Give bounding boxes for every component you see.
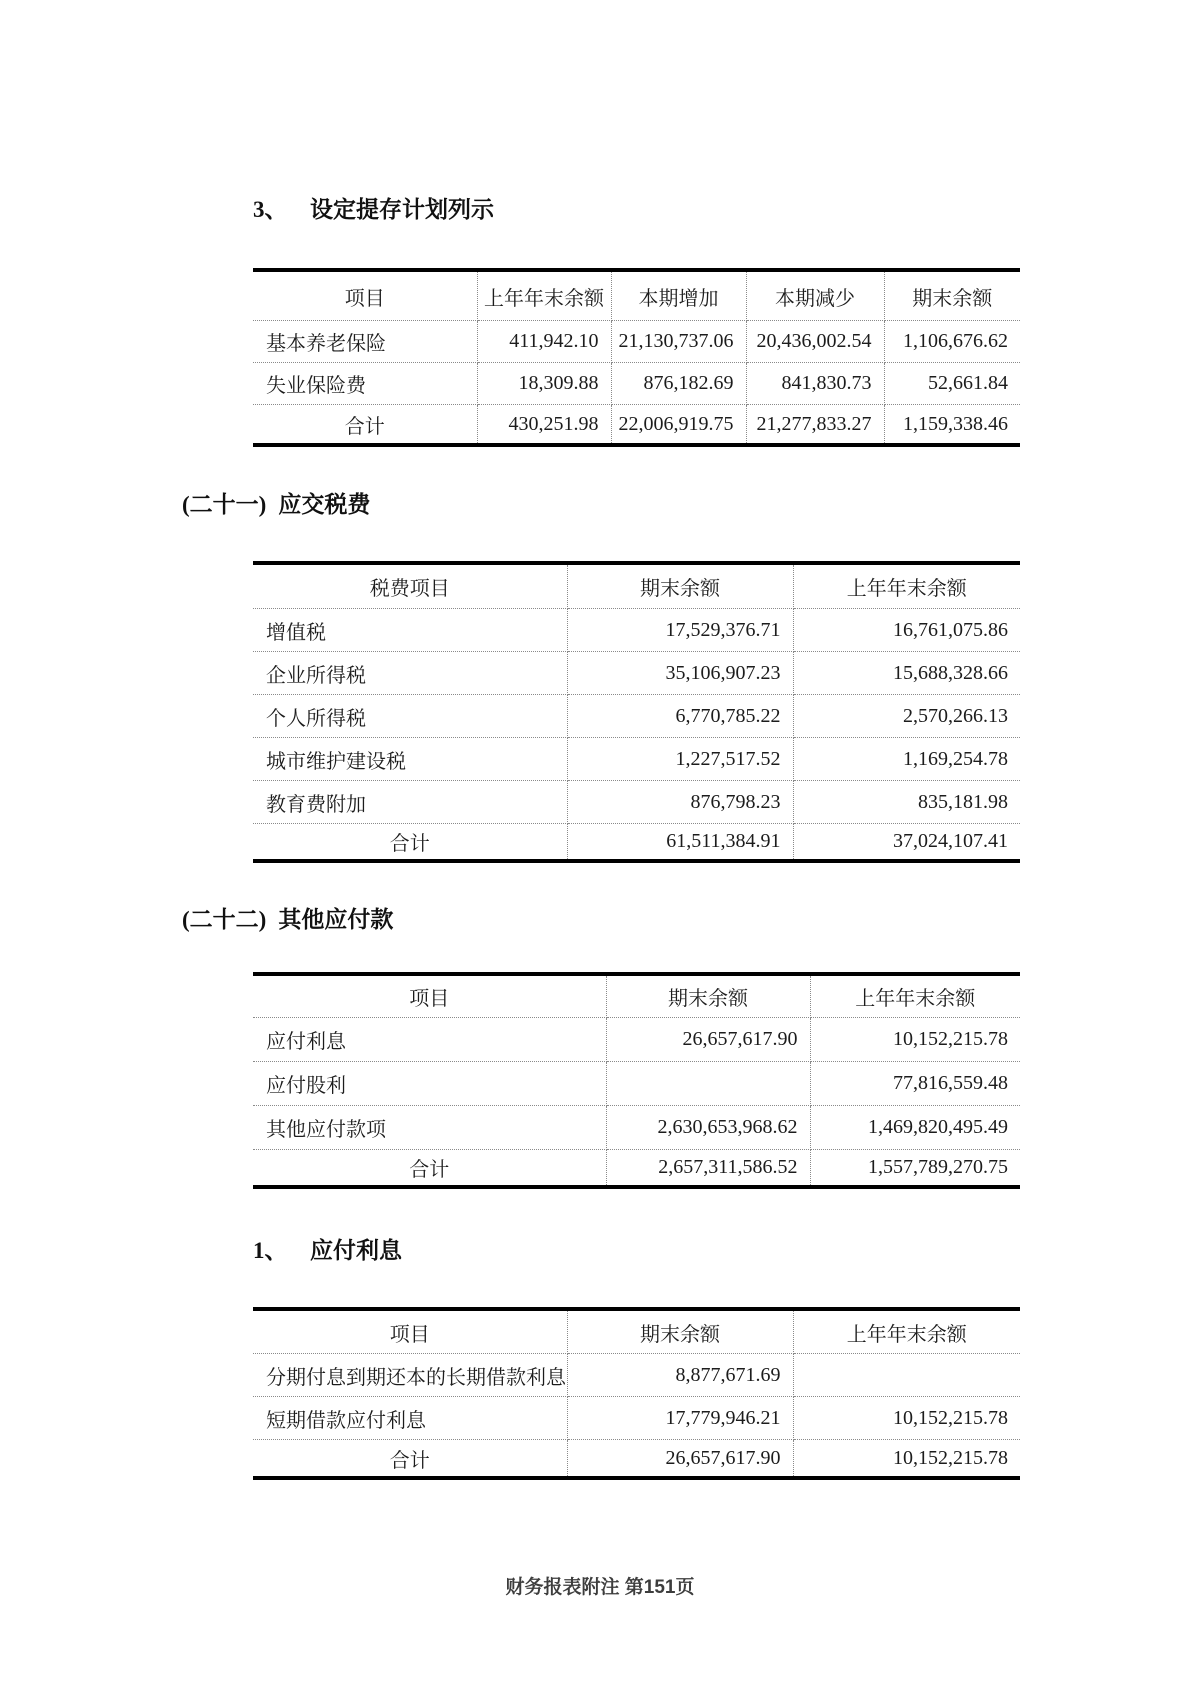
table-row: 短期借款应付利息 17,779,946.21 10,152,215.78 bbox=[253, 1397, 1020, 1440]
table-row: 应付利息 26,657,617.90 10,152,215.78 bbox=[253, 1018, 1020, 1062]
row-label: 企业所得税 bbox=[253, 652, 567, 695]
cell-value: 21,130,737.06 bbox=[611, 321, 746, 363]
cell-value: 10,152,215.78 bbox=[793, 1440, 1020, 1479]
column-header: 税费项目 bbox=[253, 563, 567, 609]
heading-title: 设定提存计划列示 bbox=[310, 197, 494, 222]
heading-number: 3、 bbox=[253, 195, 310, 225]
column-header: 期末余额 bbox=[606, 974, 810, 1018]
cell-value: 37,024,107.41 bbox=[793, 824, 1020, 862]
cell-value: 2,630,653,968.62 bbox=[606, 1106, 810, 1150]
row-label: 城市维护建设税 bbox=[253, 738, 567, 781]
column-header: 本期减少 bbox=[746, 270, 884, 321]
cell-value: 16,761,075.86 bbox=[793, 609, 1020, 652]
cell-value: 6,770,785.22 bbox=[567, 695, 793, 738]
column-header: 期末余额 bbox=[567, 563, 793, 609]
table-row: 企业所得税 35,106,907.23 15,688,328.66 bbox=[253, 652, 1020, 695]
cell-value: 876,182.69 bbox=[611, 363, 746, 405]
financial-notes-page: 3、设定提存计划列示 项目 上年年末余额 本期增加 本期减少 期末余额 基本养老… bbox=[0, 0, 1200, 1696]
heading-title: 其他应付款 bbox=[278, 907, 393, 932]
row-label: 失业保险费 bbox=[253, 363, 477, 405]
column-header: 项目 bbox=[253, 1309, 567, 1354]
column-header: 期末余额 bbox=[884, 270, 1020, 321]
cell-value: 52,661.84 bbox=[884, 363, 1020, 405]
total-label: 合计 bbox=[253, 1150, 606, 1188]
cell-value: 1,159,338.46 bbox=[884, 405, 1020, 446]
cell-value: 411,942.10 bbox=[477, 321, 611, 363]
table-row: 应付股利 77,816,559.48 bbox=[253, 1062, 1020, 1106]
cell-value: 10,152,215.78 bbox=[810, 1018, 1020, 1062]
cell-value bbox=[606, 1062, 810, 1106]
cell-value: 17,779,946.21 bbox=[567, 1397, 793, 1440]
column-header: 上年年末余额 bbox=[810, 974, 1020, 1018]
column-header: 上年年末余额 bbox=[793, 563, 1020, 609]
cell-value: 2,657,311,586.52 bbox=[606, 1150, 810, 1188]
cell-value: 1,469,820,495.49 bbox=[810, 1106, 1020, 1150]
cell-value: 1,106,676.62 bbox=[884, 321, 1020, 363]
cell-value: 26,657,617.90 bbox=[567, 1440, 793, 1479]
table-row: 教育费附加 876,798.23 835,181.98 bbox=[253, 781, 1020, 824]
row-label: 其他应付款项 bbox=[253, 1106, 606, 1150]
table-row: 基本养老保险 411,942.10 21,130,737.06 20,436,0… bbox=[253, 321, 1020, 363]
heading-number: (二十二) bbox=[182, 907, 266, 932]
cell-value: 2,570,266.13 bbox=[793, 695, 1020, 738]
section-heading-interest-payable: 1、应付利息 bbox=[253, 1236, 402, 1266]
section-heading-defined-contribution-plan: 3、设定提存计划列示 bbox=[253, 195, 494, 225]
heading-title: 应付利息 bbox=[310, 1238, 402, 1263]
cell-value: 20,436,002.54 bbox=[746, 321, 884, 363]
cell-value: 430,251.98 bbox=[477, 405, 611, 446]
cell-value: 876,798.23 bbox=[567, 781, 793, 824]
section-heading-taxes-payable: (二十一)应交税费 bbox=[182, 490, 370, 520]
table-total-row: 合计 26,657,617.90 10,152,215.78 bbox=[253, 1440, 1020, 1479]
column-header: 上年年末余额 bbox=[477, 270, 611, 321]
cell-value: 15,688,328.66 bbox=[793, 652, 1020, 695]
row-label: 个人所得税 bbox=[253, 695, 567, 738]
table-header-row: 项目 上年年末余额 本期增加 本期减少 期末余额 bbox=[253, 270, 1020, 321]
table-row: 增值税 17,529,376.71 16,761,075.86 bbox=[253, 609, 1020, 652]
page-footer: 财务报表附注 第151页 bbox=[0, 1572, 1200, 1599]
row-label: 分期付息到期还本的长期借款利息 bbox=[253, 1354, 567, 1397]
column-header: 项目 bbox=[253, 270, 477, 321]
heading-number: (二十一) bbox=[182, 492, 266, 517]
row-label: 短期借款应付利息 bbox=[253, 1397, 567, 1440]
row-label: 教育费附加 bbox=[253, 781, 567, 824]
cell-value: 1,227,517.52 bbox=[567, 738, 793, 781]
defined-contribution-table: 项目 上年年末余额 本期增加 本期减少 期末余额 基本养老保险 411,942.… bbox=[253, 268, 1020, 447]
total-label: 合计 bbox=[253, 1440, 567, 1479]
row-label: 基本养老保险 bbox=[253, 321, 477, 363]
table-row: 其他应付款项 2,630,653,968.62 1,469,820,495.49 bbox=[253, 1106, 1020, 1150]
cell-value: 61,511,384.91 bbox=[567, 824, 793, 862]
column-header: 期末余额 bbox=[567, 1309, 793, 1354]
table-row: 失业保险费 18,309.88 876,182.69 841,830.73 52… bbox=[253, 363, 1020, 405]
table-header-row: 项目 期末余额 上年年末余额 bbox=[253, 1309, 1020, 1354]
cell-value: 1,169,254.78 bbox=[793, 738, 1020, 781]
row-label: 应付股利 bbox=[253, 1062, 606, 1106]
interest-payable-table: 项目 期末余额 上年年末余额 分期付息到期还本的长期借款利息 8,877,671… bbox=[253, 1307, 1020, 1480]
row-label: 增值税 bbox=[253, 609, 567, 652]
cell-value: 26,657,617.90 bbox=[606, 1018, 810, 1062]
table-header-row: 税费项目 期末余额 上年年末余额 bbox=[253, 563, 1020, 609]
table-row: 城市维护建设税 1,227,517.52 1,169,254.78 bbox=[253, 738, 1020, 781]
other-payables-table: 项目 期末余额 上年年末余额 应付利息 26,657,617.90 10,152… bbox=[253, 972, 1020, 1189]
table-row: 个人所得税 6,770,785.22 2,570,266.13 bbox=[253, 695, 1020, 738]
table-total-row: 合计 430,251.98 22,006,919.75 21,277,833.2… bbox=[253, 405, 1020, 446]
cell-value: 21,277,833.27 bbox=[746, 405, 884, 446]
cell-value: 1,557,789,270.75 bbox=[810, 1150, 1020, 1188]
cell-value bbox=[793, 1354, 1020, 1397]
table-header-row: 项目 期末余额 上年年末余额 bbox=[253, 974, 1020, 1018]
cell-value: 18,309.88 bbox=[477, 363, 611, 405]
cell-value: 8,877,671.69 bbox=[567, 1354, 793, 1397]
cell-value: 35,106,907.23 bbox=[567, 652, 793, 695]
cell-value: 22,006,919.75 bbox=[611, 405, 746, 446]
total-label: 合计 bbox=[253, 405, 477, 446]
cell-value: 10,152,215.78 bbox=[793, 1397, 1020, 1440]
cell-value: 77,816,559.48 bbox=[810, 1062, 1020, 1106]
heading-number: 1、 bbox=[253, 1236, 310, 1266]
cell-value: 17,529,376.71 bbox=[567, 609, 793, 652]
table-total-row: 合计 2,657,311,586.52 1,557,789,270.75 bbox=[253, 1150, 1020, 1188]
column-header: 项目 bbox=[253, 974, 606, 1018]
total-label: 合计 bbox=[253, 824, 567, 862]
section-heading-other-payables: (二十二)其他应付款 bbox=[182, 905, 393, 935]
cell-value: 835,181.98 bbox=[793, 781, 1020, 824]
column-header: 上年年末余额 bbox=[793, 1309, 1020, 1354]
cell-value: 841,830.73 bbox=[746, 363, 884, 405]
row-label: 应付利息 bbox=[253, 1018, 606, 1062]
table-row: 分期付息到期还本的长期借款利息 8,877,671.69 bbox=[253, 1354, 1020, 1397]
taxes-payable-table: 税费项目 期末余额 上年年末余额 增值税 17,529,376.71 16,76… bbox=[253, 561, 1020, 863]
column-header: 本期增加 bbox=[611, 270, 746, 321]
heading-title: 应交税费 bbox=[278, 492, 370, 517]
table-total-row: 合计 61,511,384.91 37,024,107.41 bbox=[253, 824, 1020, 862]
